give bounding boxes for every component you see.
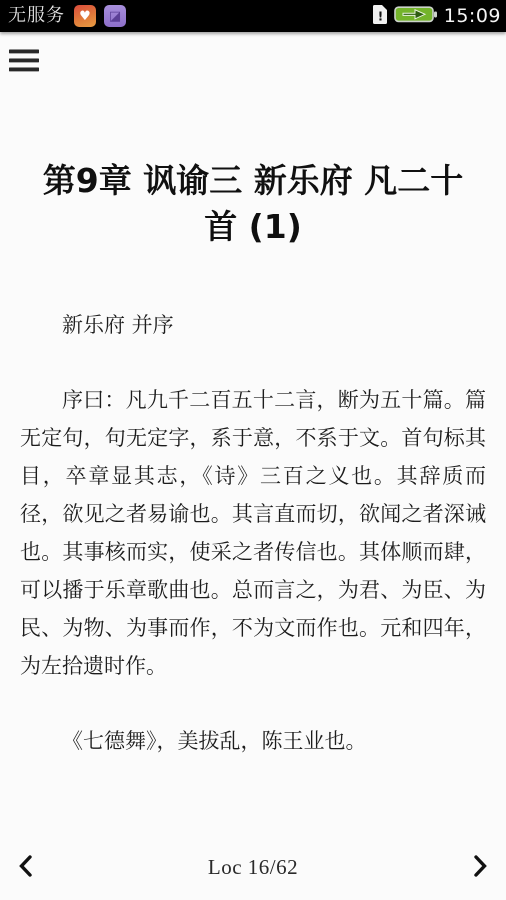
location-indicator: Loc 16/62 [0,855,506,880]
svg-text:!: ! [377,9,382,23]
paragraph: 新乐府 并序 [20,306,486,344]
notification-heart-app-icon: ♥ [74,5,96,27]
page-footer: Loc 16/62 [0,834,506,900]
prev-page-button[interactable] [13,850,38,885]
reader-content[interactable]: 第9章 讽谕三 新乐府 凡二十首 (1) 新乐府 并序 序曰：凡九千二百五十二言… [0,32,506,760]
hamburger-icon [9,49,39,72]
body-text: 新乐府 并序 序曰：凡九千二百五十二言，断为五十篇。篇无定句，句无定字，系于意，… [0,306,506,760]
menu-button[interactable] [9,46,39,78]
notification-icons: ♥ ◪ [74,5,126,27]
reader-screen: 无服务 ♥ ◪ ! 15:09 [0,0,506,900]
status-bar: 无服务 ♥ ◪ ! 15:09 [0,0,506,32]
paragraph: 序曰：凡九千二百五十二言，断为五十篇。篇无定句，句无定字，系于意，不系于文。首句… [20,381,486,685]
next-page-button[interactable] [468,850,493,885]
status-right-cluster: ! 15:09 [372,0,501,32]
sim-missing-icon: ! [372,4,388,29]
paragraph: 《七德舞》，美拔乱，陈王业也。 [20,722,486,760]
chapter-title: 第9章 讽谕三 新乐府 凡二十首 (1) [0,32,506,250]
chevron-right-icon [472,854,489,881]
notification-gallery-app-icon: ◪ [104,5,126,27]
clock-time: 15:09 [444,0,501,32]
battery-charging-icon [394,5,438,28]
carrier-label: 无服务 [8,0,65,32]
chevron-left-icon [17,854,34,881]
